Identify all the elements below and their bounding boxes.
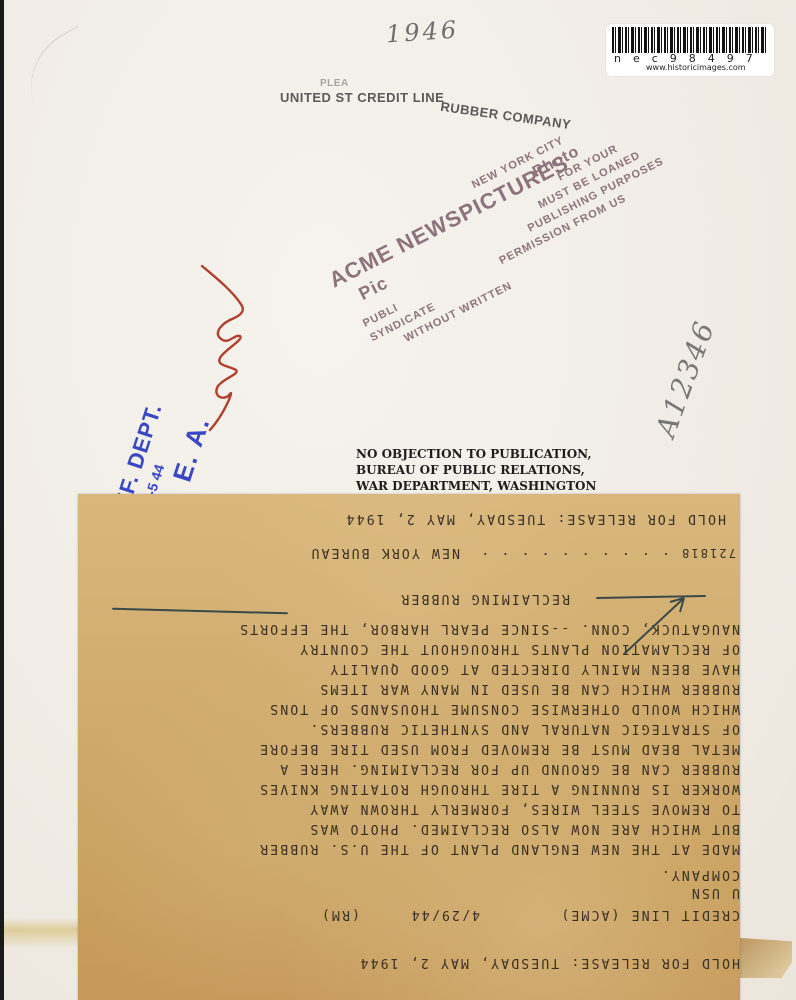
caption-body-line: OF STRATEGIC NATURAL AND SYNTHETIC RUBBE… [308,721,740,736]
caption-body-line: TO REMOVE STEEL WIRES, FORMERLY THROWN A… [308,801,740,816]
caption-bureau: NEW YORK BUREAU [309,545,460,560]
credit-stamp-line: RUBBER COMPANY [440,99,573,132]
caption-body-line: WHICH WOULD OTHERWISE CONSUME THOUSANDS … [268,701,740,716]
paper-crease [9,25,119,135]
caption-initials: (RM) [320,907,360,922]
war-dept-line: BUREAU OF PUBLIC RELATIONS, [356,462,596,478]
pencil-arrow-icon [604,596,714,656]
release-header: HOLD FOR RELEASE: TUESDAY, MAY 2, 1944 [358,955,740,970]
credit-stamp-line: UNITED ST CREDIT LINE [280,90,444,105]
war-department-stamp: NO OBJECTION TO PUBLICATION, BUREAU OF P… [356,446,596,494]
caption-serial: 721818 [680,546,736,560]
caption-body-line: WORKER IS RUNNING A TIRE THROUGH ROTATIN… [258,781,740,796]
caption-date-code: 4/29/44 [410,907,480,922]
red-signature-icon [194,262,254,432]
caption-body-line: MADE AT THE NEW ENGLAND PLANT OF THE U.S… [258,841,740,856]
release-footer: HOLD FOR RELEASE: TUESDAY, MAY 2, 1944 [344,511,726,526]
caption-slip-tab [740,938,792,978]
caption-credit-line: CREDIT LINE (ACME) [559,907,740,922]
barcode-url: www.historicimages.com [646,63,746,72]
caption-body-line: BUT WHICH ARE NOW ALSO RECLAIMED. PHOTO … [308,821,740,836]
caption-body-line: RUBBER WHICH CAN BE USED IN MANY WAR ITE… [318,681,740,696]
photo-back: 1946 nec98497 www.historicimages.com PLE… [4,0,796,1000]
caption-body-line: COMPANY. [660,867,740,882]
war-dept-line: WAR DEPARTMENT, WASHINGTON [356,478,596,494]
caption-body-line: METAL BEAD MUST BE REMOVED FROM USED TIR… [258,741,740,756]
credit-stamp-line: PLEA [320,76,349,91]
barcode-icon [612,27,768,53]
barcode-sticker: nec98497 www.historicimages.com [606,24,774,76]
caption-body-line: RUBBER CAN BE GROUND UP FOR RECLAIMING. … [278,761,740,776]
caption-body-line: HAVE BEEN MAINLY DIRECTED AT GOOD QUALIT… [328,661,740,676]
caption-text-upside-down: HOLD FOR RELEASE: TUESDAY, MAY 2, 1944 7… [78,494,740,1000]
caption-slip: HOLD FOR RELEASE: TUESDAY, MAY 2, 1944 7… [78,494,740,1000]
catalog-number: A12346 [649,316,721,441]
caption-credit-code: U USN [690,885,740,900]
caption-dots: . . . . . . . . . . [479,549,670,564]
handwritten-year: 1946 [385,15,460,48]
war-dept-line: NO OBJECTION TO PUBLICATION, [356,446,596,462]
caption-headline: RECLAIMING RUBBER [399,591,570,606]
